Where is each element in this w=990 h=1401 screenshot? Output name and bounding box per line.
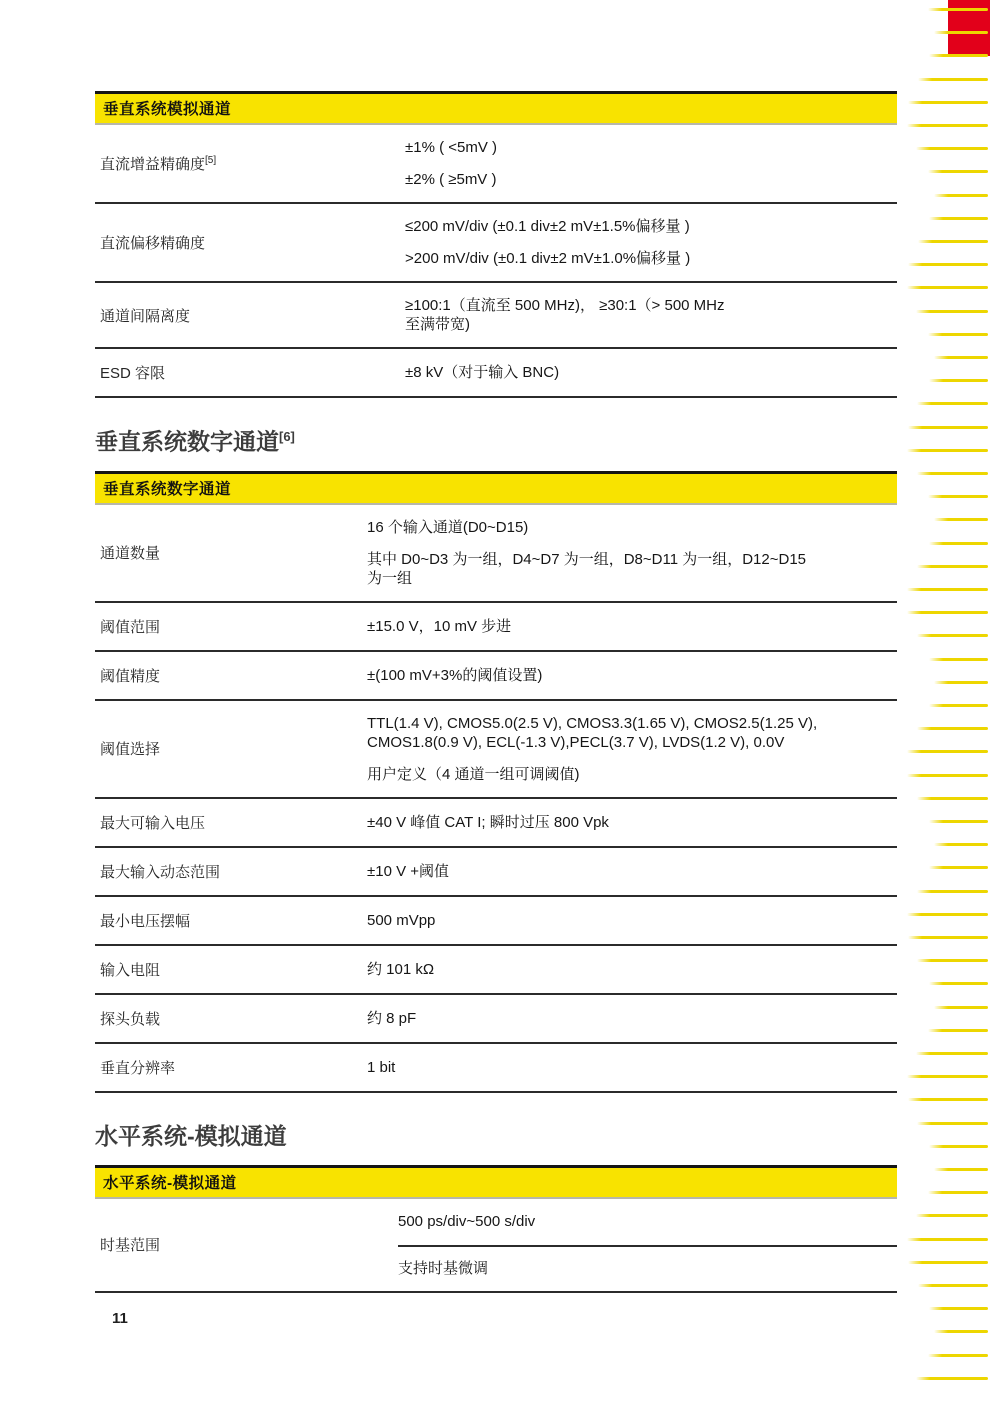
spec-label: 最大可输入电压 [95, 812, 367, 833]
spec-values: ±15.0 V，10 mV 步进 [367, 617, 897, 636]
edge-dash [934, 1168, 988, 1171]
spec-values: ±(100 mV+3%的阈值设置) [367, 666, 897, 685]
spec-table: 水平系统-模拟通道时基范围500 ps/div~500 s/div支持时基微调 [95, 1165, 897, 1293]
edge-dash [928, 170, 988, 173]
spec-value: ±8 kV（对于输入 BNC) [405, 363, 897, 382]
edge-dash [929, 1145, 988, 1148]
edge-dash [916, 1377, 988, 1380]
spec-values: ±40 V 峰值 CAT I; 瞬时过压 800 Vpk [367, 813, 897, 832]
table-row: 阈值范围±15.0 V，10 mV 步进 [95, 601, 897, 650]
edge-dash [934, 681, 988, 684]
spec-values: ≤200 mV/div (±0.1 div±2 mV±1.5%偏移量 )>200… [405, 217, 897, 268]
edge-dash [934, 518, 988, 521]
spec-label: 通道间隔离度 [95, 305, 405, 326]
edge-dash [928, 1029, 988, 1032]
spec-values: 约 8 pF [367, 1009, 897, 1028]
table-row: 通道数量16 个输入通道(D0~D15)其中 D0~D3 为一组，D4~D7 为… [95, 505, 897, 601]
spec-table: 垂直系统模拟通道直流增益精确度[5]±1% ( <5mV )±2% ( ≥5mV… [95, 91, 897, 398]
edge-dash [934, 194, 988, 197]
spec-label: 直流增益精确度[5] [95, 153, 405, 174]
spec-value: ±2% ( ≥5mV ) [405, 170, 897, 189]
edge-dash [907, 611, 988, 614]
edge-dash [934, 1330, 988, 1333]
edge-dash [917, 472, 988, 475]
edge-dash [917, 797, 988, 800]
edge-dash [907, 588, 988, 591]
edge-dash [907, 1075, 988, 1078]
spec-value: ±15.0 V，10 mV 步进 [367, 617, 897, 636]
table-row: 直流增益精确度[5]±1% ( <5mV )±2% ( ≥5mV ) [95, 125, 897, 202]
table-row: 垂直分辨率1 bit [95, 1042, 897, 1091]
edge-dash [928, 1354, 988, 1357]
edge-dash [918, 1284, 988, 1287]
edge-dash [908, 936, 988, 939]
edge-dash [934, 31, 988, 34]
spec-label: 阈值选择 [95, 738, 367, 759]
spec-label: 时基范围 [95, 1234, 398, 1255]
table-row: 阈值选择TTL(1.4 V), CMOS5.0(2.5 V), CMOS3.3(… [95, 699, 897, 797]
spec-value: 用户定义（4 通道一组可调阈值) [367, 765, 897, 784]
spec-value: TTL(1.4 V), CMOS5.0(2.5 V), CMOS3.3(1.65… [367, 714, 897, 752]
spec-values: TTL(1.4 V), CMOS5.0(2.5 V), CMOS3.3(1.65… [367, 714, 897, 784]
table-row: 输入电阻约 101 kΩ [95, 944, 897, 993]
edge-dash [917, 959, 988, 962]
edge-decoration [895, 0, 990, 1401]
spec-label: 最小电压摆幅 [95, 910, 367, 931]
edge-dash [917, 565, 988, 568]
edge-dash [929, 866, 988, 869]
table-row: 最小电压摆幅500 mVpp [95, 895, 897, 944]
edge-dash [908, 426, 988, 429]
edge-dash [916, 310, 988, 313]
edge-dash [916, 1214, 988, 1217]
spec-values: 500 mVpp [367, 911, 897, 930]
table-header-bar: 垂直系统模拟通道 [95, 91, 897, 125]
table-header-bar: 垂直系统数字通道 [95, 471, 897, 505]
table-row: 探头负载约 8 pF [95, 993, 897, 1042]
spec-label: 阈值精度 [95, 665, 367, 686]
spec-table: 垂直系统数字通道通道数量16 个输入通道(D0~D15)其中 D0~D3 为一组… [95, 471, 897, 1093]
edge-dash [934, 1006, 988, 1009]
footnote-marker: [6] [279, 429, 295, 444]
spec-values: ±10 V +阈值 [367, 862, 897, 881]
spec-value: 支持时基微调 [398, 1245, 897, 1278]
edge-dash [917, 890, 988, 893]
edge-dash [929, 54, 988, 57]
edge-dash [907, 1238, 988, 1241]
table-header-bar: 水平系统-模拟通道 [95, 1165, 897, 1199]
content: 垂直系统模拟通道直流增益精确度[5]±1% ( <5mV )±2% ( ≥5mV… [95, 0, 897, 1293]
spec-value: ±10 V +阈值 [367, 862, 897, 881]
edge-dash [917, 727, 988, 730]
spec-label: 最大输入动态范围 [95, 861, 367, 882]
edge-dash [907, 750, 988, 753]
edge-dash [929, 217, 988, 220]
table-row: 通道间隔离度≥100:1（直流至 500 MHz)， ≥30:1（> 500 M… [95, 281, 897, 347]
page-number: 11 [112, 1310, 128, 1327]
spec-values: ±1% ( <5mV )±2% ( ≥5mV ) [405, 138, 897, 189]
spec-label: ESD 容限 [95, 362, 405, 383]
edge-dash [907, 774, 988, 777]
table-row: ESD 容限±8 kV（对于输入 BNC) [95, 347, 897, 396]
edge-dash [929, 658, 988, 661]
spec-value: 16 个输入通道(D0~D15) [367, 518, 897, 537]
table-row: 时基范围500 ps/div~500 s/div支持时基微调 [95, 1199, 897, 1291]
spec-value: 约 8 pF [367, 1009, 897, 1028]
edge-dash [929, 1307, 988, 1310]
spec-label: 阈值范围 [95, 616, 367, 637]
spec-values: 500 ps/div~500 s/div支持时基微调 [398, 1212, 897, 1278]
spec-value: >200 mV/div (±0.1 div±2 mV±1.0%偏移量 ) [405, 249, 897, 268]
edge-dash [907, 286, 988, 289]
spec-label: 通道数量 [95, 542, 367, 563]
spec-value: ±(100 mV+3%的阈值设置) [367, 666, 897, 685]
spec-values: 约 101 kΩ [367, 960, 897, 979]
edge-dash [918, 78, 988, 81]
edge-dash [908, 1098, 988, 1101]
edge-dash [908, 263, 988, 266]
spec-value: ≤200 mV/div (±0.1 div±2 mV±1.5%偏移量 ) [405, 217, 897, 236]
edge-dash [908, 101, 988, 104]
edge-dash [934, 843, 988, 846]
spec-values: 16 个输入通道(D0~D15)其中 D0~D3 为一组，D4~D7 为一组，D… [367, 518, 897, 588]
spec-value: ≥100:1（直流至 500 MHz)， ≥30:1（> 500 MHz 至满带… [405, 296, 897, 334]
edge-dash [917, 1122, 988, 1125]
edge-dash [929, 542, 988, 545]
spec-value: 500 mVpp [367, 911, 897, 930]
spec-value: 其中 D0~D3 为一组，D4~D7 为一组，D8~D11 为一组，D12~D1… [367, 550, 897, 588]
edge-dash [928, 1191, 988, 1194]
edge-dash [928, 333, 988, 336]
spec-value: ±40 V 峰值 CAT I; 瞬时过压 800 Vpk [367, 813, 897, 832]
datasheet-page: 垂直系统模拟通道直流增益精确度[5]±1% ( <5mV )±2% ( ≥5mV… [0, 0, 990, 1401]
edge-dash [929, 982, 988, 985]
edge-dash [917, 402, 988, 405]
edge-dash [916, 147, 988, 150]
edge-dash [908, 1261, 988, 1264]
edge-dash [907, 913, 988, 916]
table-row: 最大可输入电压±40 V 峰值 CAT I; 瞬时过压 800 Vpk [95, 797, 897, 846]
spec-value: 1 bit [367, 1058, 897, 1077]
spec-values: ≥100:1（直流至 500 MHz)， ≥30:1（> 500 MHz 至满带… [405, 296, 897, 334]
spec-label: 直流偏移精确度 [95, 232, 405, 253]
edge-dash [918, 240, 988, 243]
edge-dash [929, 704, 988, 707]
edge-dash [929, 820, 988, 823]
edge-dash [917, 634, 988, 637]
spec-value: ±1% ( <5mV ) [405, 138, 897, 157]
spec-label: 输入电阻 [95, 959, 367, 980]
table-row: 最大输入动态范围±10 V +阈值 [95, 846, 897, 895]
spec-value: 约 101 kΩ [367, 960, 897, 979]
section-heading: 水平系统-模拟通道 [95, 1121, 897, 1151]
spec-value: 500 ps/div~500 s/div [398, 1212, 897, 1245]
edge-dash [907, 124, 988, 127]
spec-values: ±8 kV（对于输入 BNC) [405, 363, 897, 382]
footnote-marker: [5] [205, 155, 216, 166]
edge-dash [929, 379, 988, 382]
spec-values: 1 bit [367, 1058, 897, 1077]
table-row: 阈值精度±(100 mV+3%的阈值设置) [95, 650, 897, 699]
edge-dash [928, 495, 988, 498]
section-heading: 垂直系统数字通道[6] [95, 422, 897, 457]
edge-dash [907, 449, 988, 452]
edge-dash [934, 356, 988, 359]
edge-dash [916, 1052, 988, 1055]
spec-label: 探头负载 [95, 1008, 367, 1029]
edge-dash [928, 8, 988, 11]
table-row: 直流偏移精确度≤200 mV/div (±0.1 div±2 mV±1.5%偏移… [95, 202, 897, 281]
spec-label: 垂直分辨率 [95, 1057, 367, 1078]
